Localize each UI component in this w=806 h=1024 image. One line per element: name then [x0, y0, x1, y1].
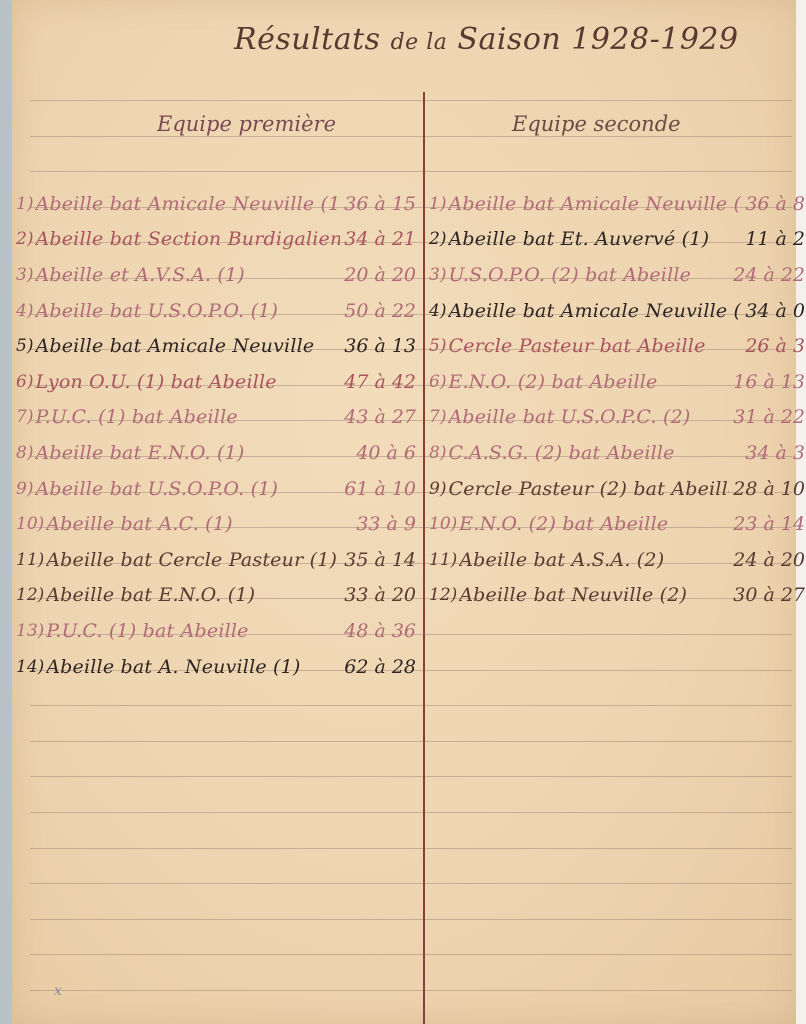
- ruled-line: [30, 741, 792, 742]
- result-entry: 5)Cercle Pasteur bat Abeille26 à 3: [429, 328, 805, 364]
- result-entry: 2)Abeille bat Et. Auvervé (1)11 à 2: [429, 222, 805, 258]
- entry-match: Abeille bat Amicale Neuville (2): [448, 300, 741, 322]
- entry-match: Abeille bat Amicale Neuville (1): [448, 193, 741, 215]
- entry-number: 14): [16, 657, 44, 677]
- results-list-equipe-premiere: 1)Abeille bat Amicale Neuville (1)36 à 1…: [16, 186, 416, 684]
- result-entry: 3)Abeille et A.V.S.A. (1)20 à 20: [16, 257, 416, 293]
- entry-score: 34 à 3: [745, 442, 805, 464]
- result-entry: 6)Lyon O.U. (1) bat Abeille47 à 42: [16, 364, 416, 400]
- title-main: Résultats: [234, 22, 381, 57]
- entry-match: Cercle Pasteur (2) bat Abeille: [448, 478, 729, 500]
- result-entry: 10)Abeille bat A.C. (1)33 à 9: [16, 506, 416, 542]
- result-entry: 12)Abeille bat E.N.O. (1)33 à 20: [16, 578, 416, 614]
- corner-pencil-mark: x: [54, 983, 62, 999]
- entry-number: 6): [16, 372, 33, 392]
- ruled-line: [30, 812, 792, 813]
- entry-match: Abeille bat Et. Auvervé (1): [448, 228, 741, 250]
- result-entry: 9)Cercle Pasteur (2) bat Abeille28 à 10: [429, 471, 805, 507]
- entry-number: 4): [429, 301, 446, 321]
- result-entry: 3)U.S.O.P.O. (2) bat Abeille24 à 22: [429, 257, 805, 293]
- title-mid: de la: [391, 30, 448, 55]
- entry-number: 7): [429, 407, 446, 427]
- heading-equipe-seconde: Equipe seconde: [512, 112, 681, 136]
- result-entry: 6)E.N.O. (2) bat Abeille16 à 13: [429, 364, 805, 400]
- entry-number: 9): [429, 479, 446, 499]
- entry-match: Abeille bat U.S.O.P.O. (1): [35, 478, 340, 500]
- result-entry: 8)Abeille bat E.N.O. (1)40 à 6: [16, 435, 416, 471]
- entry-score: 33 à 9: [356, 513, 416, 535]
- entry-match: Abeille bat E.N.O. (1): [46, 584, 340, 606]
- ruled-line: [30, 100, 792, 101]
- result-entry: 5)Abeille bat Amicale Neuville36 à 13: [16, 328, 416, 364]
- result-entry: 13)P.U.C. (1) bat Abeille48 à 36: [16, 613, 416, 649]
- entry-score: 36 à 13: [344, 335, 416, 357]
- ruled-line: [30, 990, 792, 991]
- result-entry: 2)Abeille bat Section Burdigalienne (1)3…: [16, 222, 416, 258]
- result-entry: 7)P.U.C. (1) bat Abeille43 à 27: [16, 400, 416, 436]
- result-entry: 14)Abeille bat A. Neuville (1)62 à 28: [16, 649, 416, 685]
- page-title: Résultats de la Saison 1928-1929: [234, 22, 739, 57]
- result-entry: 11)Abeille bat Cercle Pasteur (1)35 à 14: [16, 542, 416, 578]
- entry-match: Abeille bat Amicale Neuville (1): [35, 193, 340, 215]
- entry-number: 9): [16, 479, 33, 499]
- result-entry: 7)Abeille bat U.S.O.P.C. (2)31 à 22: [429, 400, 805, 436]
- entry-number: 1): [429, 194, 446, 214]
- ruled-line: [30, 919, 792, 920]
- ruled-line: [30, 883, 792, 884]
- entry-number: 10): [16, 514, 44, 534]
- entry-score: 36 à 8: [745, 193, 805, 215]
- ruled-line: [30, 171, 792, 172]
- ruled-line: [30, 954, 792, 955]
- result-entry: 11)Abeille bat A.S.A. (2)24 à 20: [429, 542, 805, 578]
- entry-number: 3): [16, 265, 33, 285]
- entry-match: Abeille et A.V.S.A. (1): [35, 264, 340, 286]
- result-entry: 10)E.N.O. (2) bat Abeille23 à 14: [429, 506, 805, 542]
- entry-score: 36 à 15: [344, 193, 416, 215]
- entry-match: Abeille bat A.S.A. (2): [459, 549, 729, 571]
- result-entry: 4)Abeille bat U.S.O.P.O. (1)50 à 22: [16, 293, 416, 329]
- entry-number: 4): [16, 301, 33, 321]
- entry-number: 7): [16, 407, 33, 427]
- column-divider-line: [423, 92, 425, 1024]
- result-entry: 1)Abeille bat Amicale Neuville (1)36 à 8: [429, 186, 805, 222]
- entry-score: 24 à 22: [733, 264, 805, 286]
- results-list-equipe-seconde: 1)Abeille bat Amicale Neuville (1)36 à 8…: [429, 186, 805, 613]
- entry-number: 12): [16, 585, 44, 605]
- entry-score: 20 à 20: [344, 264, 416, 286]
- entry-match: Abeille bat E.N.O. (1): [35, 442, 352, 464]
- entry-match: Abeille bat A.C. (1): [46, 513, 352, 535]
- entry-score: 31 à 22: [733, 406, 805, 428]
- entry-score: 23 à 14: [733, 513, 805, 535]
- entry-score: 62 à 28: [344, 656, 416, 678]
- entry-score: 34 à 21: [344, 228, 416, 250]
- result-entry: 4)Abeille bat Amicale Neuville (2)34 à 0: [429, 293, 805, 329]
- entry-number: 5): [16, 336, 33, 356]
- entry-match: E.N.O. (2) bat Abeille: [459, 513, 729, 535]
- entry-score: 33 à 20: [344, 584, 416, 606]
- entry-number: 13): [16, 621, 44, 641]
- entry-match: U.S.O.P.O. (2) bat Abeille: [448, 264, 729, 286]
- entry-number: 3): [429, 265, 446, 285]
- entry-number: 12): [429, 585, 457, 605]
- entry-number: 8): [16, 443, 33, 463]
- entry-number: 6): [429, 372, 446, 392]
- entry-score: 24 à 20: [733, 549, 805, 571]
- entry-score: 40 à 6: [356, 442, 416, 464]
- entry-score: 28 à 10: [733, 478, 805, 500]
- entry-match: Cercle Pasteur bat Abeille: [448, 335, 741, 357]
- entry-score: 61 à 10: [344, 478, 416, 500]
- entry-number: 2): [16, 229, 33, 249]
- result-entry: 1)Abeille bat Amicale Neuville (1)36 à 1…: [16, 186, 416, 222]
- entry-score: 34 à 0: [745, 300, 805, 322]
- entry-score: 43 à 27: [344, 406, 416, 428]
- result-entry: 9)Abeille bat U.S.O.P.O. (1)61 à 10: [16, 471, 416, 507]
- title-season: Saison: [457, 22, 561, 57]
- ruled-line: [30, 705, 792, 706]
- entry-score: 26 à 3: [745, 335, 805, 357]
- entry-number: 11): [16, 550, 44, 570]
- entry-match: Abeille bat Section Burdigalienne (1): [35, 228, 340, 250]
- entry-score: 35 à 14: [344, 549, 416, 571]
- entry-match: Lyon O.U. (1) bat Abeille: [35, 371, 340, 393]
- entry-match: Abeille bat U.S.O.P.C. (2): [448, 406, 729, 428]
- entry-score: 16 à 13: [733, 371, 805, 393]
- entry-number: 1): [16, 194, 33, 214]
- entry-score: 47 à 42: [344, 371, 416, 393]
- entry-match: Abeille bat Neuville (2): [459, 584, 729, 606]
- entry-match: E.N.O. (2) bat Abeille: [448, 371, 729, 393]
- entry-number: 8): [429, 443, 446, 463]
- entry-match: Abeille bat A. Neuville (1): [46, 656, 340, 678]
- entry-number: 5): [429, 336, 446, 356]
- entry-match: C.A.S.G. (2) bat Abeille: [448, 442, 741, 464]
- entry-number: 2): [429, 229, 446, 249]
- heading-equipe-premiere: Equipe première: [157, 112, 336, 136]
- entry-number: 11): [429, 550, 457, 570]
- result-entry: 8)C.A.S.G. (2) bat Abeille34 à 3: [429, 435, 805, 471]
- entry-score: 50 à 22: [344, 300, 416, 322]
- entry-match: P.U.C. (1) bat Abeille: [46, 620, 340, 642]
- entry-score: 30 à 27: [733, 584, 805, 606]
- entry-match: P.U.C. (1) bat Abeille: [35, 406, 340, 428]
- notebook-page: Résultats de la Saison 1928-1929 Equipe …: [12, 0, 796, 1024]
- entry-match: Abeille bat U.S.O.P.O. (1): [35, 300, 340, 322]
- result-entry: 12)Abeille bat Neuville (2)30 à 27: [429, 578, 805, 614]
- entry-score: 11 à 2: [745, 228, 805, 250]
- ruled-line: [30, 848, 792, 849]
- entry-match: Abeille bat Cercle Pasteur (1): [46, 549, 340, 571]
- entry-number: 10): [429, 514, 457, 534]
- ruled-line: [30, 136, 792, 137]
- title-years: 1928-1929: [571, 22, 738, 57]
- ruled-line: [30, 776, 792, 777]
- entry-match: Abeille bat Amicale Neuville: [35, 335, 340, 357]
- entry-score: 48 à 36: [344, 620, 416, 642]
